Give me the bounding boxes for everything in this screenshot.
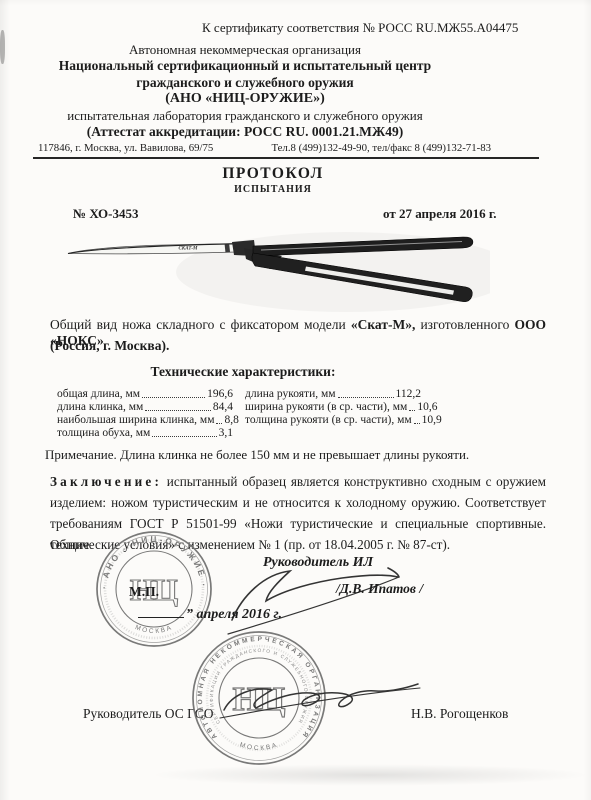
dotted-leader	[409, 410, 415, 411]
conclusion-label: Заключение:	[50, 474, 162, 489]
spec-row: наибольшая ширина клинка, мм8,8	[57, 414, 233, 427]
specs-title: Технические характеристики:	[0, 364, 486, 380]
conclusion-line1: Заключение: испытанный образец является …	[50, 472, 546, 493]
specs-table: общая длина, мм196,6 длина клинка, мм84,…	[57, 388, 421, 439]
spec-value: 84,4	[213, 401, 233, 413]
spec-label: толщина обуха, мм	[57, 427, 150, 439]
spec-label: наибольшая ширина клинка, мм	[57, 414, 214, 426]
dotted-leader	[142, 397, 205, 398]
dotted-leader	[338, 397, 394, 398]
seal-place-mark: М.П.	[129, 584, 159, 600]
spec-value: 8,8	[224, 414, 238, 426]
spec-row: ширина рукояти (в ср. части), мм10,6	[245, 401, 421, 414]
stamp-bottom-text: МОСКВА	[134, 624, 174, 635]
photo-caption-line2: (Россия, г. Москва).	[50, 338, 546, 354]
protocol-date: от 27 апреля 2016 г.	[383, 206, 497, 222]
date-blank-underline	[138, 605, 184, 618]
spec-label: толщина рукояти (в ср. части), мм	[245, 414, 412, 426]
dotted-leader	[152, 436, 216, 437]
org-short-name: (АНО «НИЦ-ОРУЖИЕ»)	[0, 91, 490, 107]
spec-label: ширина рукояти (в ср. части), мм	[245, 401, 407, 413]
knife-blade-etching: СКАТ-М	[178, 247, 198, 252]
spec-label: длина клинка, мм	[57, 401, 143, 413]
spec-row: толщина обуха, мм3,1	[57, 426, 233, 439]
specs-note: Примечание. Длина клинка не более 150 мм…	[45, 447, 469, 463]
caption-part1: Общий вид ножа складного с фиксатором мо…	[50, 317, 351, 332]
protocol-number: № ХО-3453	[73, 206, 138, 222]
os-head-name: Н.В. Рогощенков	[411, 706, 508, 722]
dotted-leader	[216, 423, 222, 424]
dotted-leader	[414, 423, 420, 424]
specs-column-left: общая длина, мм196,6 длина клинка, мм84,…	[57, 388, 233, 439]
conclusion-line1-text: испытанный образец является конструктивн…	[162, 474, 546, 489]
knife-blade-stamp-mark	[225, 244, 230, 252]
caption-model: «Скат-М»,	[351, 317, 415, 332]
org-type-line: Автономная некоммерческая организация	[0, 42, 490, 58]
spec-row: длина рукояти, мм112,2	[245, 388, 421, 401]
date-suffix: ” апреля 2016 г.	[186, 607, 282, 622]
org-name-line-2: гражданского и служебного оружия	[0, 75, 490, 91]
spec-value: 112,2	[396, 388, 421, 400]
spec-value: 3,1	[219, 427, 233, 439]
date-fill-line: ” апреля 2016 г.	[138, 605, 282, 623]
spec-label: длина рукояти, мм	[245, 388, 336, 400]
scanned-protocol-page: К сертификату соответствия № РОСС RU.МЖ5…	[0, 0, 591, 800]
spec-row: длина клинка, мм84,4	[57, 401, 233, 414]
specs-column-right: длина рукояти, мм112,2 ширина рукояти (в…	[245, 388, 421, 439]
spec-label: общая длина, мм	[57, 388, 140, 400]
org-address: 117846, г. Москва, ул. Вавилова, 69/75	[38, 142, 213, 154]
conclusion-line2: изделием: ножом туристическим и не относ…	[50, 493, 546, 514]
knife-blade	[68, 244, 236, 254]
protocol-subtitle: ИСПЫТАНИЯ	[0, 184, 546, 195]
spec-value: 196,6	[207, 388, 233, 400]
spec-value: 10,6	[417, 401, 437, 413]
protocol-title: ПРОТОКОЛ	[0, 165, 546, 183]
il-head-name: /Д.В. Ипатов /	[336, 581, 423, 597]
accreditation-line: (Аттестат аккредитации: РОСС RU. 0001.21…	[0, 124, 490, 140]
spec-row: толщина рукояти (в ср. части), мм10,9	[245, 414, 421, 427]
os-head-signature	[214, 666, 426, 728]
lab-line: испытательная лаборатория гражданского и…	[0, 108, 490, 124]
org-phones: Тел.8 (499)132-49-90, тел/факс 8 (499)13…	[271, 142, 491, 154]
certificate-reference-line: К сертификату соответствия № РОСС RU.МЖ5…	[202, 20, 518, 36]
svg-text:МОСКВА: МОСКВА	[134, 624, 174, 635]
spec-value: 10,9	[422, 414, 442, 426]
caption-part2: изготовленного	[415, 317, 514, 332]
knife-photo: СКАТ-М	[56, 226, 490, 316]
header-divider	[33, 157, 539, 159]
il-head-signature	[218, 560, 418, 640]
dotted-leader	[145, 410, 211, 411]
org-name-line-1: Национальный сертификационный и испытате…	[0, 58, 490, 74]
spec-row: общая длина, мм196,6	[57, 388, 233, 401]
